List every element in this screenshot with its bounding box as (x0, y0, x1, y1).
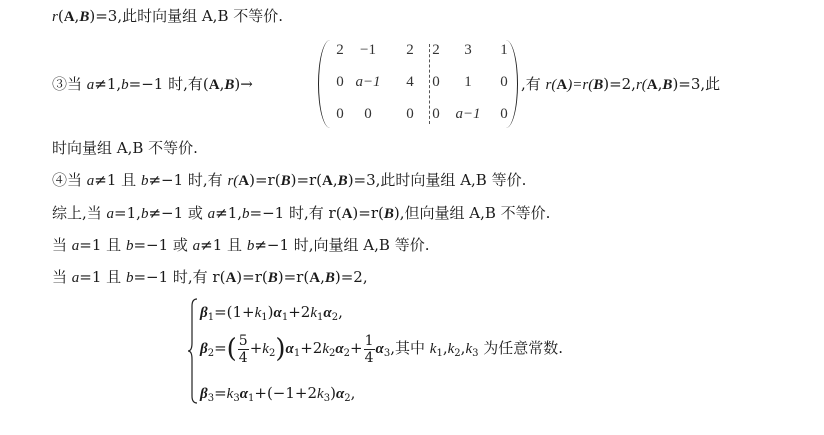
text-segment: )=r( (249, 171, 280, 189)
alpha-symbol: α (240, 386, 248, 402)
var-b: b (242, 206, 250, 222)
text-line-3: 时向量组 A,B 不等价. (52, 138, 198, 158)
text-segment: ≠−1 时,有 (148, 171, 227, 189)
text-segment: =−1 时,有 r( (250, 204, 342, 222)
text-segment: +2 (288, 303, 310, 321)
matrix-B: B (384, 206, 394, 222)
matrix-cell: 0 (348, 106, 388, 123)
matrix-B: B (281, 173, 291, 189)
equation-beta-3: β3=k3α1+(−1+2k3)α2, (200, 383, 355, 404)
equation-beta-1: β1=(1+k1)α1+2k1α2, (200, 302, 343, 323)
var-k: k (262, 341, 269, 357)
text-segment: )=r( (278, 268, 309, 286)
text-segment: +(−1+2 (254, 384, 317, 402)
text-segment: ≠1 且 (200, 236, 247, 254)
text-segment: ≠−1 或 (148, 204, 207, 222)
text-segment: )=r( (291, 171, 322, 189)
alpha-symbol: α (335, 341, 343, 357)
matrix-cell: −1 (348, 42, 388, 59)
text-segment: + (250, 339, 263, 357)
text-segment: =−1 时,有( (129, 75, 209, 93)
matrix-B: B (325, 270, 335, 286)
matrix-B: B (224, 77, 234, 93)
matrix-A: A (209, 77, 220, 93)
fraction: 14 (364, 333, 375, 366)
text-segment: 为任意常数. (478, 339, 563, 357)
alpha-symbol: α (376, 341, 384, 357)
matrix-B: B (338, 173, 348, 189)
text-segment: r( (582, 77, 593, 93)
augmented-matrix: 2 −1 2 2 3 1 0 a−1 4 0 1 0 0 0 0 0 a−1 0 (318, 40, 518, 128)
alpha-symbol: α (336, 386, 344, 402)
matrix-A: A (64, 9, 75, 25)
numerator: 5 (238, 333, 249, 350)
beta-symbol: β (200, 386, 208, 402)
text-segment: =1 且 (79, 268, 126, 286)
text-segment: , (351, 384, 356, 402)
text-line-rank-2: 当 a=1 且 b=−1 时,有 r(A)=r(B)=r(A,B)=2, (52, 267, 368, 288)
text-segment: ≠1 且 (94, 171, 141, 189)
text-segment: )= (567, 77, 582, 93)
paren: ( (227, 334, 237, 364)
matrix-A: A (225, 270, 236, 286)
alpha-symbol: α (274, 305, 282, 321)
text-segment: r( (227, 173, 238, 189)
text-segment: =(1+ (214, 303, 255, 321)
var-k: k (310, 305, 317, 321)
text-segment: = (214, 339, 227, 357)
text-segment: =3,此时向量组 A,B 不等价. (95, 7, 283, 25)
matrix-cell: 0 (484, 74, 524, 91)
text-segment: r( (546, 77, 557, 93)
text-segment: 当 (52, 268, 72, 286)
matrix-B: B (662, 77, 672, 93)
matrix-A: A (322, 173, 333, 189)
text-segment: =1, (114, 204, 141, 222)
text-segment: ≠1, (215, 204, 242, 222)
text-line-case-3: ③当 a≠1,b=−1 时,有(A,B)→ (52, 74, 253, 95)
text-segment: ,有 (521, 75, 546, 93)
matrix-A: A (309, 270, 320, 286)
text-segment: )=2, (335, 268, 368, 286)
left-brace-icon (188, 298, 198, 404)
text-line-equivalent: 当 a=1 且 b=−1 或 a≠1 且 b≠−1 时,向量组 A,B 等价. (52, 235, 429, 256)
matrix-A: A (556, 77, 567, 93)
text-segment: )=r( (236, 268, 267, 286)
denominator: 4 (364, 350, 375, 366)
text-line-case-4: ④当 a≠1 且 b≠−1 时,有 r(A)=r(B)=r(A,B)=3,此时向… (52, 170, 526, 191)
var-a: a (107, 206, 115, 222)
numerator: 1 (364, 333, 375, 350)
fraction: 54 (238, 333, 249, 366)
text-segment: , (338, 303, 343, 321)
var-k: k (322, 341, 329, 357)
text-segment: ,其中 (390, 339, 430, 357)
text-segment: r( (636, 77, 647, 93)
text-segment: )=r( (352, 204, 383, 222)
paren: ) (275, 334, 285, 364)
text-line-1: r(A,B)=3,此时向量组 A,B 不等价. (52, 6, 283, 27)
alpha-symbol: α (286, 341, 294, 357)
arrow-icon: → (240, 75, 253, 93)
matrix-B: B (79, 9, 89, 25)
denominator: 4 (238, 350, 249, 366)
text-line-summary: 综上,当 a=1,b≠−1 或 a≠1,b=−1 时,有 r(A)=r(B),但… (52, 203, 550, 224)
text-segment: =−1 时,有 r( (133, 268, 225, 286)
text-segment: ③当 (52, 75, 87, 93)
matrix-B: B (268, 270, 278, 286)
matrix-A: A (647, 77, 658, 93)
var-b: b (121, 77, 129, 93)
matrix-cell: a−1 (348, 74, 388, 91)
matrix-B: B (593, 77, 603, 93)
text-segment: 综上,当 (52, 204, 107, 222)
text-segment: + (350, 339, 363, 357)
text-segment: )=2, (603, 75, 636, 93)
text-segment: )=3,此 (672, 75, 720, 93)
matrix-A: A (238, 173, 249, 189)
text-segment: ≠−1 时,向量组 A,B 等价. (254, 236, 429, 254)
text-segment: ),但向量组 A,B 不等价. (394, 204, 551, 222)
matrix-cell: 1 (484, 42, 524, 59)
matrix-A: A (342, 206, 353, 222)
matrix-cell: 1 (448, 74, 488, 91)
text-line-case-3-tail: ,有 r(A)=r(B)=2,r(A,B)=3,此 (521, 74, 720, 95)
text-segment: )=3,此时向量组 A,B 等价. (348, 171, 527, 189)
text-segment: =−1 或 (133, 236, 192, 254)
text-segment: ≠1, (94, 75, 121, 93)
text-segment: 当 (52, 236, 72, 254)
equation-beta-2: β2=(54+k2)α1+2k2α2+14α3,其中 k1,k2,k3 为任意常… (200, 330, 563, 367)
text-segment: = (214, 384, 227, 402)
matrix-cell: 0 (484, 106, 524, 123)
beta-symbol: β (200, 341, 208, 357)
beta-symbol: β (200, 305, 208, 321)
alpha-symbol: α (323, 305, 331, 321)
var-k: k (317, 386, 324, 402)
matrix-cell: a−1 (448, 106, 488, 123)
matrix-cell: 3 (448, 42, 488, 59)
text-segment: ④当 (52, 171, 87, 189)
text-segment: =1 且 (79, 236, 126, 254)
text-segment: +2 (300, 339, 322, 357)
